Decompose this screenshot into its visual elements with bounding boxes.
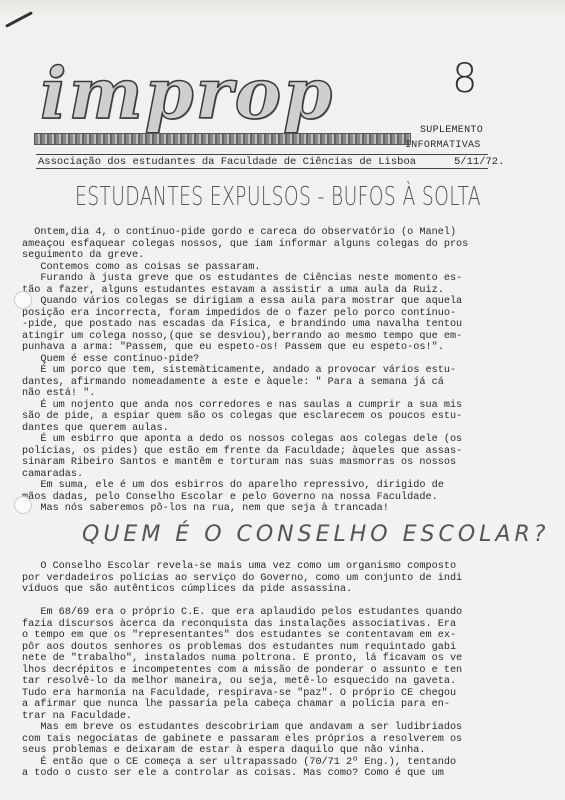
text-line: por verdadeiros polícias ao serviço do G… xyxy=(22,573,462,585)
text-line xyxy=(22,596,462,608)
text-line: Furando à justa greve que os estudantes … xyxy=(22,273,468,285)
text-line: lhos decrépitos e incompetentes com a mi… xyxy=(22,665,462,677)
text-line: punhava a arma: "Passem, que eu espeto-o… xyxy=(22,342,468,354)
text-line: não está! ". xyxy=(22,388,468,400)
text-line: camaradas. xyxy=(22,469,468,481)
association-line: Associação dos estudantes da Faculdade d… xyxy=(36,154,488,169)
text-line: trar na Faculdade. xyxy=(22,711,462,723)
text-line: sinaram Ribeiro Santos e mantêm e tortur… xyxy=(22,457,468,469)
text-line: Quando vários colegas se dirigiam a essa… xyxy=(22,296,468,308)
text-line: a todo o custo ser ele a controlar as co… xyxy=(22,768,462,780)
text-line: Mas em breve os estudantes descobririam … xyxy=(22,722,462,734)
article-section-2: O Conselho Escolar revela-se mais uma ve… xyxy=(22,561,462,780)
text-line: Quem é esse contínuo-pide? xyxy=(22,354,468,366)
text-line: nete de "trabalho", instalados numa polt… xyxy=(22,653,462,665)
text-line: É um porco que tem, sistemàticamente, an… xyxy=(22,365,468,377)
punch-hole xyxy=(14,291,32,309)
text-line: posição era incorrecta, foram impedidos … xyxy=(22,308,468,320)
text-line: Mas nós saberemos pô-los na rua, nem que… xyxy=(22,503,468,515)
text-line: Contemos como as coisas se passaram. xyxy=(22,262,468,274)
issue-date: 5/11/72. xyxy=(454,156,504,168)
text-line: Ontem,dia 4, o contínuo-pide gordo e car… xyxy=(22,227,468,239)
text-line: são de pide, a espiar quem são os colega… xyxy=(22,411,468,423)
text-line: -pide, que postado nas escadas da Física… xyxy=(22,319,468,331)
punch-hole xyxy=(14,496,32,514)
text-line: Em 68/69 era o próprio C.E. que era apla… xyxy=(22,607,462,619)
text-line: seguimento da greve. xyxy=(22,250,468,262)
text-line: seus problemas e deixaram de estar à esp… xyxy=(22,745,462,757)
pen-mark xyxy=(5,11,33,28)
text-line: fazia discursos àcerca da reconquista da… xyxy=(22,619,462,631)
issue-number: 8 xyxy=(452,56,477,102)
text-line: O Conselho Escolar revela-se mais uma ve… xyxy=(22,561,462,573)
text-line: pôr aos doutos senhores os problemas dos… xyxy=(22,642,462,654)
text-line: tão a fazer, alguns estudantes estavam a… xyxy=(22,285,468,297)
text-line: atingir um colega nosso,(que se desviou)… xyxy=(22,331,468,343)
subheading: QUEM É O CONSELHO ESCOLAR? xyxy=(82,522,549,547)
text-line: dantes, afirmando nomeadamente a este e … xyxy=(22,377,468,389)
article-section-1: Ontem,dia 4, o contínuo-pide gordo e car… xyxy=(22,227,468,515)
text-line: Em suma, ele é um dos esbirros do aparel… xyxy=(22,480,468,492)
text-line: mãos dadas, pelo Conselho Escolar e pelo… xyxy=(22,492,468,504)
text-line: É um esbirro que aponta a dedo os nossos… xyxy=(22,434,468,446)
logo: improp xyxy=(40,59,334,129)
text-line: É um nojento que anda nos corredores e n… xyxy=(22,400,468,412)
supplement-label: SUPLEMENTO xyxy=(420,125,483,136)
text-line: o tempo em que os "representantes" dos e… xyxy=(22,630,462,642)
headline: ESTUDANTES EXPULSOS - BUFOS À SOLTA xyxy=(75,182,481,212)
text-line: ameaçou esfaquear colegas nossos, que ia… xyxy=(22,239,468,251)
text-line: polícias, os pides) que estão em frente … xyxy=(22,446,468,458)
text-line: a afirmar que nunca lhe passaria pela ca… xyxy=(22,699,462,711)
text-line: víduos que são autênticos cúmplices da p… xyxy=(22,584,462,596)
text-line: Tudo era harmonia na Faculdade, respirav… xyxy=(22,688,462,700)
document-page: improp 8 SUPLEMENTO INFORMATIVAS Associa… xyxy=(0,0,565,800)
text-line: tar resolvê-lo da melhor maneira, ou sej… xyxy=(22,676,462,688)
text-line: dantes que querem aulas. xyxy=(22,423,468,435)
text-line: É então que o CE começa a ser ultrapassa… xyxy=(22,757,462,769)
informativas-label: INFORMATIVAS xyxy=(405,140,481,151)
text-line: com tais negociatas de gabinete e passar… xyxy=(22,734,462,746)
association-name: Associação dos estudantes da Faculdade d… xyxy=(38,156,416,168)
masthead: improp xyxy=(34,55,414,155)
logo-underline-bar xyxy=(34,133,411,145)
